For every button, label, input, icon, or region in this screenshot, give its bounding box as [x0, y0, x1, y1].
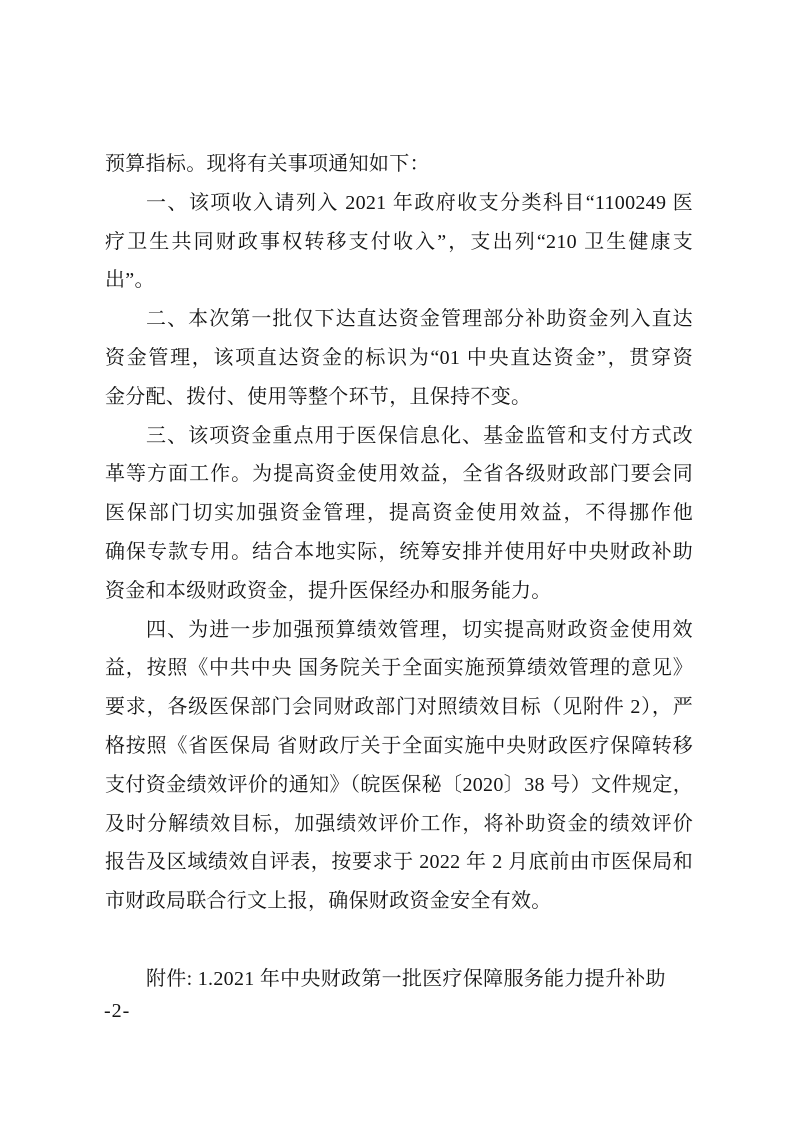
- text-line: 市财政局联合行文上报，确保财政资金安全有效。: [105, 882, 693, 921]
- document-body: 预算指标。现将有关事项通知如下：一、该项收入请列入 2021 年政府收支分类科目…: [105, 145, 693, 999]
- text-line: 医保部门切实加强资金管理，提高资金使用效益，不得挪作他用，: [105, 494, 693, 533]
- text-line: 支付资金绩效评价的通知》（皖医保秘〔2020〕38 号）文件规定，: [105, 766, 693, 805]
- text-line: 出”。: [105, 261, 693, 300]
- text-line: 四、为进一步加强预算绩效管理，切实提高财政资金使用效: [105, 611, 693, 650]
- text-line: 预算指标。现将有关事项通知如下：: [105, 145, 693, 184]
- text-line: 一、该项收入请列入 2021 年政府收支分类科目“1100249 医: [105, 184, 693, 223]
- text-line: [105, 921, 693, 960]
- text-line: 革等方面工作。为提高资金使用效益，全省各级财政部门要会同: [105, 455, 693, 494]
- text-line: 报告及区域绩效自评表，按要求于 2022 年 2 月底前由市医保局和: [105, 843, 693, 882]
- text-line: 资金和本级财政资金，提升医保经办和服务能力。: [105, 572, 693, 611]
- text-line: 三、该项资金重点用于医保信息化、基金监管和支付方式改: [105, 417, 693, 456]
- text-line: 疗卫生共同财政事权转移支付收入”，支出列“210 卫生健康支: [105, 223, 693, 262]
- text-line: 要求，各级医保部门会同财政部门对照绩效目标（见附件 2），严: [105, 688, 693, 727]
- text-line: 附件: 1.2021 年中央财政第一批医疗保障服务能力提升补助: [105, 960, 693, 999]
- text-line: 格按照《省医保局 省财政厅关于全面实施中央财政医疗保障转移: [105, 727, 693, 766]
- text-line: 资金管理，该项直达资金的标识为“01 中央直达资金”，贯穿资: [105, 339, 693, 378]
- page-number: -2-: [104, 999, 130, 1023]
- text-line: 金分配、拨付、使用等整个环节，且保持不变。: [105, 378, 693, 417]
- text-line: 确保专款专用。结合本地实际，统筹安排并使用好中央财政补助: [105, 533, 693, 572]
- text-line: 二、本次第一批仅下达直达资金管理部分补助资金列入直达: [105, 300, 693, 339]
- text-line: 益，按照《中共中央 国务院关于全面实施预算绩效管理的意见》: [105, 649, 693, 688]
- document-page: 预算指标。现将有关事项通知如下：一、该项收入请列入 2021 年政府收支分类科目…: [0, 0, 793, 1122]
- text-line: 及时分解绩效目标，加强绩效评价工作，将补助资金的绩效评价: [105, 805, 693, 844]
